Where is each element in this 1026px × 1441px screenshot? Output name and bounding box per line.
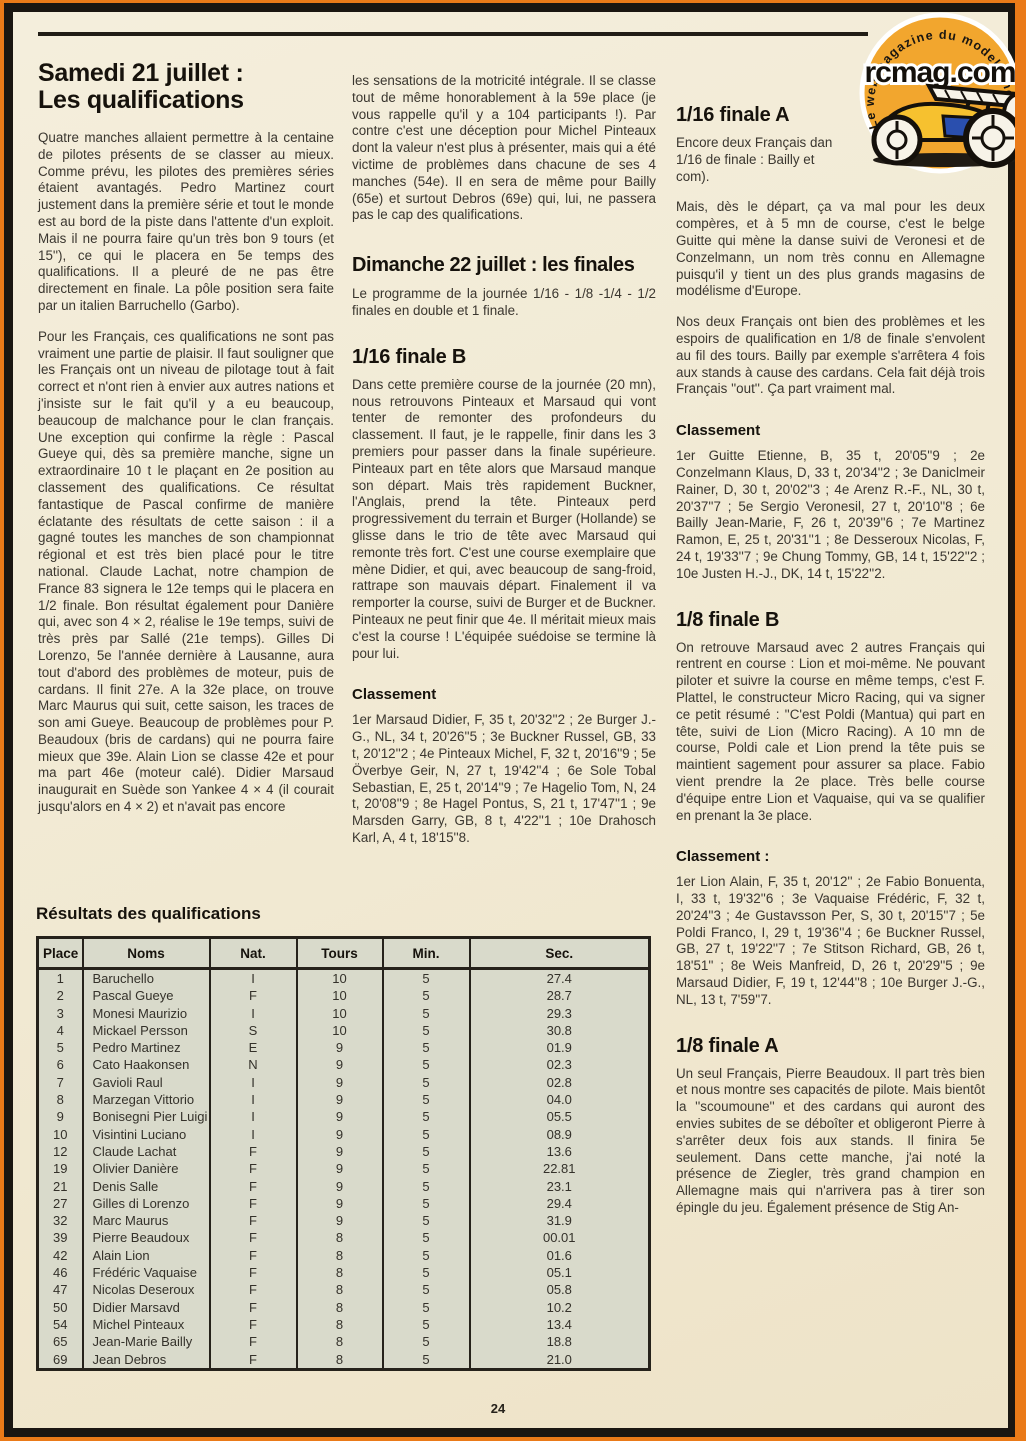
table-cell: 05.1 bbox=[470, 1264, 650, 1281]
table-cell: F bbox=[210, 1160, 297, 1177]
column-header-noms: Noms bbox=[83, 938, 210, 969]
table-cell: 46 bbox=[38, 1264, 83, 1281]
table-cell: 9 bbox=[297, 1108, 383, 1125]
table-cell: 9 bbox=[297, 1143, 383, 1160]
table-cell: 10 bbox=[297, 969, 383, 988]
table-cell: 9 bbox=[297, 1091, 383, 1108]
table-cell: 32 bbox=[38, 1212, 83, 1229]
table-cell: F bbox=[210, 1281, 297, 1298]
heading-samedi-line2: Les qualifications bbox=[38, 86, 244, 114]
table-cell: Claude Lachat bbox=[83, 1143, 210, 1160]
table-cell: 04.0 bbox=[470, 1091, 650, 1108]
table-cell: 5 bbox=[383, 1160, 470, 1177]
table-row: 5Pedro MartinezE9501.9 bbox=[38, 1039, 650, 1056]
table-cell: 9 bbox=[297, 1195, 383, 1212]
table-cell: 5 bbox=[383, 1039, 470, 1056]
table-cell: Pascal Gueye bbox=[83, 987, 210, 1004]
table-cell: 8 bbox=[297, 1299, 383, 1316]
table-cell: 00.01 bbox=[470, 1229, 650, 1246]
heading-1-16-finale-b: 1/16 finale B bbox=[352, 346, 656, 368]
table-cell: 1 bbox=[38, 969, 83, 988]
heading-samedi: Samedi 21 juillet : Les qualifications bbox=[38, 60, 334, 114]
table-cell: 8 bbox=[297, 1264, 383, 1281]
table-cell: Frédéric Vaquaise bbox=[83, 1264, 210, 1281]
table-cell: 5 bbox=[383, 1212, 470, 1229]
table-row: 54Michel PinteauxF8513.4 bbox=[38, 1316, 650, 1333]
table-cell: 27.4 bbox=[470, 969, 650, 988]
table-cell: 8 bbox=[297, 1351, 383, 1370]
table-cell: I bbox=[210, 1005, 297, 1022]
table-row: 46Frédéric VaquaiseF8505.1 bbox=[38, 1264, 650, 1281]
table-cell: 21.0 bbox=[470, 1351, 650, 1370]
table-cell: 9 bbox=[297, 1074, 383, 1091]
table-cell: Pierre Beaudoux bbox=[83, 1229, 210, 1246]
table-cell: F bbox=[210, 1299, 297, 1316]
heading-classement-1-16-b: Classement bbox=[352, 686, 656, 703]
page-body: Samedi 21 juillet : Les qualifications Q… bbox=[13, 12, 1008, 1428]
column-left: Samedi 21 juillet : Les qualifications Q… bbox=[38, 60, 334, 830]
table-cell: Michel Pinteaux bbox=[83, 1316, 210, 1333]
table-cell: 31.9 bbox=[470, 1212, 650, 1229]
table-cell: 5 bbox=[383, 1143, 470, 1160]
table-cell: Didier Marsavd bbox=[83, 1299, 210, 1316]
table-cell: 5 bbox=[383, 987, 470, 1004]
table-cell: Baruchello bbox=[83, 969, 210, 988]
table-cell: 9 bbox=[297, 1056, 383, 1073]
table-cell: 8 bbox=[297, 1229, 383, 1246]
table-cell: 42 bbox=[38, 1247, 83, 1264]
paragraph: Nos deux Français ont bien des problèmes… bbox=[676, 314, 985, 398]
table-cell: I bbox=[210, 1108, 297, 1125]
table-cell: Marc Maurus bbox=[83, 1212, 210, 1229]
table-cell: 19 bbox=[38, 1160, 83, 1177]
table-cell: 5 bbox=[383, 1074, 470, 1091]
table-cell: 50 bbox=[38, 1299, 83, 1316]
column-header-tours: Tours bbox=[297, 938, 383, 969]
table-cell: S bbox=[210, 1022, 297, 1039]
heading-1-8-finale-a: 1/8 finale A bbox=[676, 1035, 985, 1057]
table-cell: 9 bbox=[297, 1178, 383, 1195]
table-cell: 5 bbox=[383, 969, 470, 988]
rcmag-logo: Le web magazine du modelisme rcmag.com bbox=[845, 8, 1026, 186]
table-cell: 8 bbox=[38, 1091, 83, 1108]
table-cell: 22.81 bbox=[470, 1160, 650, 1177]
table-cell: I bbox=[210, 969, 297, 988]
table-cell: 01.9 bbox=[470, 1039, 650, 1056]
table-cell: 47 bbox=[38, 1281, 83, 1298]
table-cell: 65 bbox=[38, 1333, 83, 1350]
table-cell: 10.2 bbox=[470, 1299, 650, 1316]
table-cell: 5 bbox=[383, 1126, 470, 1143]
table-cell: Monesi Maurizio bbox=[83, 1005, 210, 1022]
table-row: 42Alain LionF8501.6 bbox=[38, 1247, 650, 1264]
table-cell: 02.3 bbox=[470, 1056, 650, 1073]
table-cell: 5 bbox=[383, 1091, 470, 1108]
heading-classement-1-16-a: Classement bbox=[676, 422, 985, 439]
table-cell: 08.9 bbox=[470, 1126, 650, 1143]
table-cell: 4 bbox=[38, 1022, 83, 1039]
heading-dimanche: Dimanche 22 juillet : les finales bbox=[352, 254, 656, 276]
table-cell: 5 bbox=[383, 1281, 470, 1298]
table-cell: Marzegan Vittorio bbox=[83, 1091, 210, 1108]
table-cell: 6 bbox=[38, 1056, 83, 1073]
table-cell: 9 bbox=[297, 1126, 383, 1143]
table-cell: F bbox=[210, 1351, 297, 1370]
table-cell: 9 bbox=[297, 1039, 383, 1056]
table-cell: 5 bbox=[383, 1022, 470, 1039]
table-cell: 5 bbox=[383, 1299, 470, 1316]
heading-classement-1-8-b: Classement : bbox=[676, 848, 985, 865]
table-cell: 18.8 bbox=[470, 1333, 650, 1350]
table-cell: 8 bbox=[297, 1316, 383, 1333]
table-cell: 23.1 bbox=[470, 1178, 650, 1195]
table-cell: 5 bbox=[383, 1108, 470, 1125]
table-cell: 01.6 bbox=[470, 1247, 650, 1264]
table-cell: 13.6 bbox=[470, 1143, 650, 1160]
table-row: 39Pierre BeaudouxF8500.01 bbox=[38, 1229, 650, 1246]
paragraph: Un seul Français, Pierre Beaudoux. Il pa… bbox=[676, 1066, 985, 1217]
table-row: 65Jean-Marie BaillyF8518.8 bbox=[38, 1333, 650, 1350]
heading-samedi-line1: Samedi 21 juillet : bbox=[38, 59, 243, 87]
column-header-sec: Sec. bbox=[470, 938, 650, 969]
table-cell: 5 bbox=[383, 1316, 470, 1333]
table-cell: Alain Lion bbox=[83, 1247, 210, 1264]
table-cell: Denis Salle bbox=[83, 1178, 210, 1195]
table-cell: 5 bbox=[383, 1056, 470, 1073]
table-cell: I bbox=[210, 1091, 297, 1108]
table-cell: 5 bbox=[383, 1178, 470, 1195]
paragraph: Le programme de la journée 1/16 - 1/8 -1… bbox=[352, 286, 656, 320]
table-cell: 7 bbox=[38, 1074, 83, 1091]
top-rule bbox=[38, 32, 868, 36]
table-cell: Cato Haakonsen bbox=[83, 1056, 210, 1073]
text-fragment: com). bbox=[676, 169, 709, 184]
table-cell: 8 bbox=[297, 1333, 383, 1350]
table-cell: F bbox=[210, 1229, 297, 1246]
table-row: 21Denis SalleF9523.1 bbox=[38, 1178, 650, 1195]
table-row: 2Pascal GueyeF10528.7 bbox=[38, 987, 650, 1004]
table-cell: Olivier Danière bbox=[83, 1160, 210, 1177]
table-cell: 3 bbox=[38, 1005, 83, 1022]
table-cell: 28.7 bbox=[470, 987, 650, 1004]
paragraph: Quatre manches allaient permettre à la c… bbox=[38, 130, 334, 315]
table-cell: 2 bbox=[38, 987, 83, 1004]
table-cell: 5 bbox=[383, 1005, 470, 1022]
table-cell: 27 bbox=[38, 1195, 83, 1212]
table-row: 47Nicolas DeserouxF8505.8 bbox=[38, 1281, 650, 1298]
table-row: 19Olivier DanièreF9522.81 bbox=[38, 1160, 650, 1177]
table-cell: 13.4 bbox=[470, 1316, 650, 1333]
table-cell: Visintini Luciano bbox=[83, 1126, 210, 1143]
table-row: 27Gilles di LorenzoF9529.4 bbox=[38, 1195, 650, 1212]
classement-text: 1er Guitte Etienne, B, 35 t, 20'05''9 ; … bbox=[676, 448, 985, 582]
table-cell: 9 bbox=[38, 1108, 83, 1125]
table-cell: 5 bbox=[38, 1039, 83, 1056]
table-row: 1BaruchelloI10527.4 bbox=[38, 969, 650, 988]
table-cell: Bonisegni Pier Luigi bbox=[83, 1108, 210, 1125]
table-cell: Gilles di Lorenzo bbox=[83, 1195, 210, 1212]
table-row: 8Marzegan VittorioI9504.0 bbox=[38, 1091, 650, 1108]
outer-frame-top bbox=[0, 0, 1026, 3]
table-cell: 5 bbox=[383, 1333, 470, 1350]
table-cell: 21 bbox=[38, 1178, 83, 1195]
table-cell: Gavioli Raul bbox=[83, 1074, 210, 1091]
table-cell: E bbox=[210, 1039, 297, 1056]
column-right: 1/16 finale A Encore deux Français dan 1… bbox=[676, 78, 985, 1231]
table-cell: 9 bbox=[297, 1160, 383, 1177]
heading-1-8-finale-b: 1/8 finale B bbox=[676, 609, 985, 631]
table-cell: 10 bbox=[38, 1126, 83, 1143]
table-cell: F bbox=[210, 1333, 297, 1350]
logo-domain-text: rcmag.com bbox=[864, 56, 1015, 89]
table-cell: 5 bbox=[383, 1247, 470, 1264]
table-row: 50Didier MarsavdF8510.2 bbox=[38, 1299, 650, 1316]
table-cell: 9 bbox=[297, 1212, 383, 1229]
outer-frame-right bbox=[1015, 0, 1026, 1441]
table-cell: 39 bbox=[38, 1229, 83, 1246]
column-middle: les sensations de la motricité intégrale… bbox=[352, 73, 656, 861]
table-row: 32Marc MaurusF9531.9 bbox=[38, 1212, 650, 1229]
column-header-place: Place bbox=[38, 938, 83, 969]
table-cell: F bbox=[210, 1247, 297, 1264]
table-cell: 05.8 bbox=[470, 1281, 650, 1298]
text-fragment: Encore deux Français dan bbox=[676, 135, 832, 150]
results-table: Place Noms Nat. Tours Min. Sec. 1Baruche… bbox=[36, 936, 651, 1371]
paragraph: les sensations de la motricité intégrale… bbox=[352, 73, 656, 224]
table-cell: 5 bbox=[383, 1264, 470, 1281]
table-cell: I bbox=[210, 1074, 297, 1091]
table-cell: 8 bbox=[297, 1247, 383, 1264]
table-cell: Pedro Martinez bbox=[83, 1039, 210, 1056]
column-header-min: Min. bbox=[383, 938, 470, 969]
table-cell: 05.5 bbox=[470, 1108, 650, 1125]
table-cell: F bbox=[210, 1212, 297, 1229]
table-row: 6Cato HaakonsenN9502.3 bbox=[38, 1056, 650, 1073]
paragraph: Pour les Français, ces qualifications ne… bbox=[38, 329, 334, 816]
page-number: 24 bbox=[13, 1401, 983, 1416]
table-cell: 10 bbox=[297, 1005, 383, 1022]
table-cell: F bbox=[210, 1143, 297, 1160]
table-cell: Mickael Persson bbox=[83, 1022, 210, 1039]
table-cell: 12 bbox=[38, 1143, 83, 1160]
classement-text: 1er Marsaud Didier, F, 35 t, 20'32''2 ; … bbox=[352, 712, 656, 846]
results-title: Résultats des qualifications bbox=[36, 904, 654, 924]
table-cell: 8 bbox=[297, 1281, 383, 1298]
table-cell: Jean Debros bbox=[83, 1351, 210, 1370]
table-cell: I bbox=[210, 1126, 297, 1143]
table-cell: F bbox=[210, 987, 297, 1004]
table-cell: Jean-Marie Bailly bbox=[83, 1333, 210, 1350]
results-table-body: 1BaruchelloI10527.42Pascal GueyeF10528.7… bbox=[38, 969, 650, 1370]
table-cell: 5 bbox=[383, 1195, 470, 1212]
table-cell: 30.8 bbox=[470, 1022, 650, 1039]
table-row: 4Mickael PerssonS10530.8 bbox=[38, 1022, 650, 1039]
column-header-nat: Nat. bbox=[210, 938, 297, 969]
table-cell: 5 bbox=[383, 1229, 470, 1246]
qualification-results: Résultats des qualifications Place Noms … bbox=[36, 904, 654, 1371]
table-cell: F bbox=[210, 1316, 297, 1333]
table-cell: F bbox=[210, 1178, 297, 1195]
magazine-page: Samedi 21 juillet : Les qualifications Q… bbox=[0, 0, 1026, 1441]
paragraph: Mais, dès le départ, ça va mal pour les … bbox=[676, 199, 985, 300]
table-row: 10Visintini LucianoI9508.9 bbox=[38, 1126, 650, 1143]
table-cell: 29.4 bbox=[470, 1195, 650, 1212]
table-cell: 5 bbox=[383, 1351, 470, 1370]
table-header-row: Place Noms Nat. Tours Min. Sec. bbox=[38, 938, 650, 969]
table-row: 9Bonisegni Pier LuigiI9505.5 bbox=[38, 1108, 650, 1125]
table-cell: 69 bbox=[38, 1351, 83, 1370]
table-cell: 29.3 bbox=[470, 1005, 650, 1022]
table-row: 7Gavioli RaulI9502.8 bbox=[38, 1074, 650, 1091]
table-cell: 10 bbox=[297, 1022, 383, 1039]
classement-text: 1er Lion Alain, F, 35 t, 20'12'' ; 2e Fa… bbox=[676, 874, 985, 1008]
table-cell: 02.8 bbox=[470, 1074, 650, 1091]
table-cell: 54 bbox=[38, 1316, 83, 1333]
table-cell: F bbox=[210, 1264, 297, 1281]
table-cell: Nicolas Deseroux bbox=[83, 1281, 210, 1298]
table-cell: F bbox=[210, 1195, 297, 1212]
paragraph: On retrouve Marsaud avec 2 autres França… bbox=[676, 640, 985, 825]
table-cell: 10 bbox=[297, 987, 383, 1004]
table-row: 12Claude LachatF9513.6 bbox=[38, 1143, 650, 1160]
paragraph: Dans cette première course de la journée… bbox=[352, 377, 656, 663]
table-row: 3Monesi MaurizioI10529.3 bbox=[38, 1005, 650, 1022]
table-row: 69Jean DebrosF8521.0 bbox=[38, 1351, 650, 1370]
text-fragment: 1/16 de finale : Bailly et bbox=[676, 152, 814, 167]
table-cell: N bbox=[210, 1056, 297, 1073]
